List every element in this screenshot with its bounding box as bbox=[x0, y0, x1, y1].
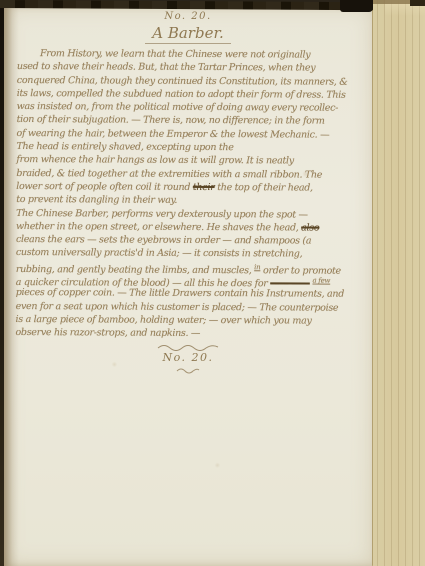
handwritten-text: observe his razor-strops, and napkins. — bbox=[15, 327, 200, 339]
handwritten-text: from whence the hair hangs as low as it … bbox=[16, 154, 293, 166]
scanned-manuscript-photo: No. 20. A Barber. From History, we learn… bbox=[0, 0, 425, 566]
top-edge-dark-mark bbox=[340, 0, 373, 12]
handwritten-text: to prevent its dangling in their way. bbox=[16, 194, 177, 206]
handwritten-text: was insisted on, from the political moti… bbox=[17, 101, 338, 114]
manuscript-line: observe his razor-strops, and napkins. — bbox=[15, 326, 368, 341]
handwritten-text: whether in the open street, or elsewhere… bbox=[16, 221, 301, 233]
manuscript-line: from whence the hair hangs as low as it … bbox=[16, 153, 369, 168]
handwritten-text: From History, we learn that the Chinese … bbox=[40, 48, 310, 60]
handwritten-text: pieces of copper coin. — The little Draw… bbox=[16, 287, 344, 300]
handwritten-text: of wearing the hair, between the Emperor… bbox=[17, 128, 330, 141]
handwritten-text: custom universally practis'd in Asia; — … bbox=[16, 247, 302, 259]
handwritten-text: braided, & tied together at the extremit… bbox=[16, 168, 322, 181]
handwritten-text: used to shave their heads. But, that the… bbox=[17, 61, 315, 74]
flourish-divider-icon bbox=[156, 343, 220, 351]
flourish-end-icon bbox=[175, 367, 201, 374]
handwritten-text: lower sort of people often coil it round bbox=[16, 181, 193, 193]
handwritten-text: The Chinese Barber, performs very dexter… bbox=[16, 208, 308, 221]
handwritten-text: conquered China, though they continued i… bbox=[17, 75, 348, 88]
page-title-text: A Barber. bbox=[145, 24, 231, 44]
manuscript-lines: From History, we learn that the Chinese … bbox=[15, 47, 370, 341]
manuscript-line: pieces of copper coin. — The little Draw… bbox=[16, 286, 369, 301]
page-title: A Barber. bbox=[4, 24, 372, 42]
page-number-footer: No. 20. bbox=[4, 351, 372, 364]
manuscript-line: used to shave their heads. But, that the… bbox=[17, 60, 370, 75]
handwritten-text: its laws, compelled the subdued nation t… bbox=[17, 88, 346, 101]
manuscript-line: to prevent its dangling in their way. bbox=[16, 193, 369, 208]
struck-out-text: also bbox=[301, 222, 319, 233]
manuscript-page: No. 20. A Barber. From History, we learn… bbox=[4, 6, 373, 566]
handwritten-text: The head is entirely shaved, excepting u… bbox=[16, 141, 233, 153]
handwritten-text: even for a seat upon which his customer … bbox=[16, 301, 339, 314]
handwritten-text: tion of their subjugation. — There is, n… bbox=[17, 114, 325, 127]
inserted-above-text: a few bbox=[312, 277, 330, 285]
handwritten-text: is a large piece of bamboo, holding wate… bbox=[16, 314, 312, 327]
handwritten-text: the top of their head, bbox=[215, 182, 313, 194]
top-corner-mark bbox=[410, 0, 425, 6]
struck-out-text: their bbox=[193, 182, 215, 193]
handwritten-text: cleans the ears — sets the eyebrows in o… bbox=[16, 234, 311, 247]
